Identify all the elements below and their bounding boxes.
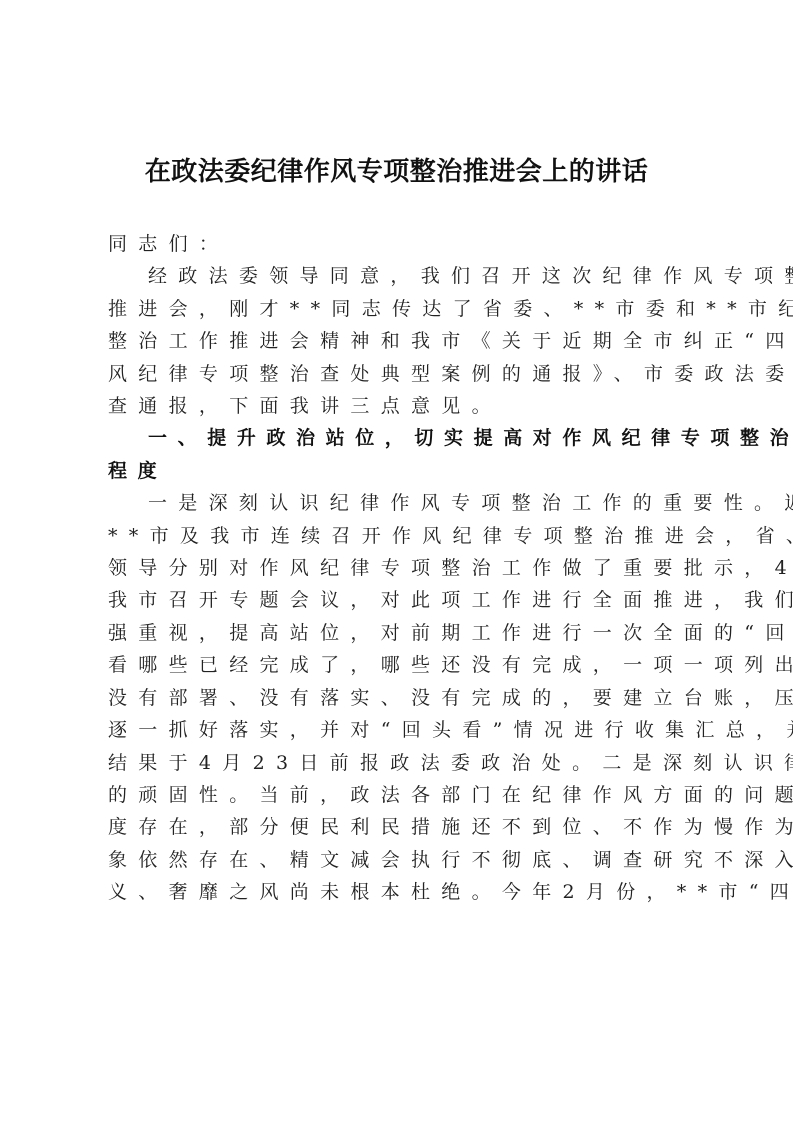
text-line: 查通报，下面我讲三点意见。 <box>108 390 688 422</box>
heading-line: 一、提升政治站位，切实提高对作风纪律专项整治的重视 <box>108 422 688 454</box>
text-line: 经政法委领导同意，我们召开这次纪律作风专项整治工作 <box>108 260 688 292</box>
text-line: 没有部署、没有落实、没有完成的，要建立台账，压实责任， <box>108 682 688 714</box>
text-line: 象依然存在、精文减会执行不彻底、调查研究不深入、享乐主 <box>108 844 688 876</box>
text-line: 结果于4月23日前报政法委政治处。二是深刻认识律作风问题 <box>108 747 688 779</box>
text-line: 整治工作推进会精神和我市《关于近期全市纠正“四风”和作 <box>108 325 688 357</box>
text-line: 的顽固性。当前，政法各部门在纪律作风方面的问题还不同程 <box>108 779 688 811</box>
paragraph-intro: 经政法委领导同意，我们召开这次纪律作风专项整治工作 推进会，刚才**同志传达了省… <box>108 260 688 422</box>
text-line: 看哪些已经完成了，哪些还没有完成，一项一项列出清单，对 <box>108 649 688 681</box>
text-line: 推进会，刚才**同志传达了省委、**市委和**市纪律作风专项 <box>108 293 688 325</box>
text-line: 一是深刻认识纪律作风专项整治工作的重要性。近期，省、 <box>108 487 688 519</box>
text-line: 我市召开专题会议，对此项工作进行全面推进，我们一定要加 <box>108 584 688 616</box>
text-line: 义、奢靡之风尚未根本杜绝。今年2月份，**市“四风”办到 <box>108 876 688 908</box>
text-line: **市及我市连续召开作风纪律专项整治推进会，省、**市主要 <box>108 520 688 552</box>
document-body: 同志们： 经政法委领导同意，我们召开这次纪律作风专项整治工作 推进会，刚才**同… <box>108 228 688 909</box>
section-heading-1: 一、提升政治站位，切实提高对作风纪律专项整治的重视 程度 <box>108 422 688 487</box>
heading-line: 程度 <box>108 455 688 487</box>
document-title: 在政法委纪律作风专项整治推进会上的讲话 <box>0 154 793 190</box>
text-line: 风纪律专项整治查处典型案例的通报》、市委政法委工作纪律督 <box>108 358 688 390</box>
document-page: 在政法委纪律作风专项整治推进会上的讲话 同志们： 经政法委领导同意，我们召开这次… <box>0 0 793 1122</box>
salutation: 同志们： <box>108 228 688 260</box>
text-line: 强重视，提高站位，对前期工作进行一次全面的“回头看”，看 <box>108 617 688 649</box>
text-line: 逐一抓好落实，并对“回头看”情况进行收集汇总，并将汇总 <box>108 714 688 746</box>
text-line: 领导分别对作风纪律专项整治工作做了重要批示，4月18日， <box>108 552 688 584</box>
text-line: 度存在，部分便民利民措施还不到位、不作为慢作为乱作为现 <box>108 811 688 843</box>
paragraph-section-1: 一是深刻认识纪律作风专项整治工作的重要性。近期，省、 **市及我市连续召开作风纪… <box>108 487 688 908</box>
